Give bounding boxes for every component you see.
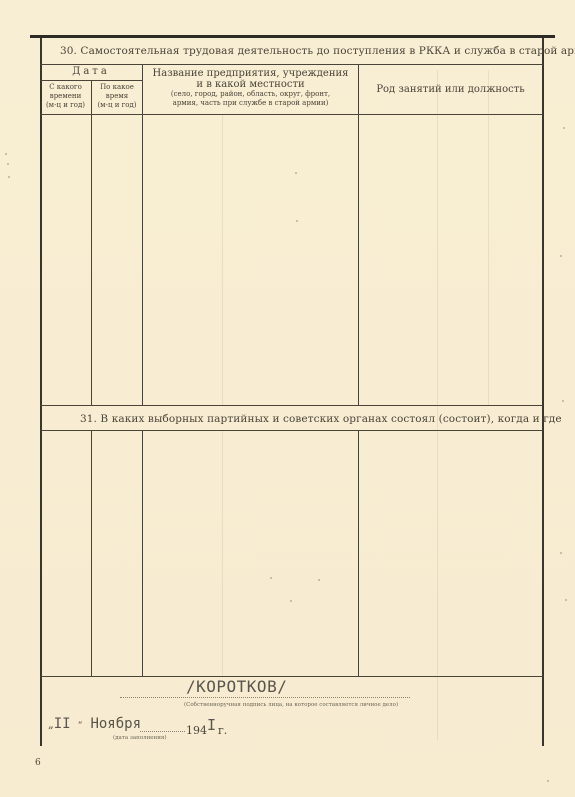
form-right-border (542, 38, 544, 746)
reverse-showthrough-line (437, 70, 438, 740)
paper-mark (560, 255, 562, 257)
page-number: 6 (35, 758, 41, 768)
paper-mark (547, 780, 549, 782)
from-date-header: С какого времени (м-ц и год) (40, 83, 91, 110)
signature-line (120, 697, 410, 698)
paper-mark (7, 163, 9, 165)
section-31-entries-area[interactable] (41, 431, 542, 675)
paper-mark (8, 176, 10, 178)
paper-mark (563, 127, 565, 129)
date-day: II (54, 716, 71, 732)
to-date-header: По какое время (м-ц и год) (92, 83, 142, 110)
paper-mark (560, 552, 562, 554)
section-30-entries-area[interactable] (41, 115, 542, 404)
paper-mark (562, 400, 564, 402)
section-30-title-divider (40, 64, 543, 65)
section-30-title: 30. Самостоятельная трудовая деятельност… (60, 45, 575, 57)
paper-mark (296, 220, 298, 222)
date-year-suffix: I (207, 716, 216, 734)
date-year[interactable]: 194Iг. (186, 720, 227, 738)
date-close-quote: “ (78, 721, 83, 731)
date-group-header: Дата (40, 66, 142, 77)
paper-mark (270, 577, 272, 579)
date-year-prefix: 194 (186, 724, 207, 737)
date-month: Ноября (90, 716, 141, 732)
date-field[interactable]: „II “ Ноября (48, 716, 141, 732)
date-caption: (дата заполнения) (113, 735, 167, 741)
paper-mark (5, 153, 7, 155)
reverse-showthrough-line (222, 115, 223, 405)
position-header: Род занятий или должность (359, 84, 542, 95)
paper-mark (295, 172, 297, 174)
signature-value[interactable]: /КОРОТКОВ/ (186, 677, 287, 696)
paper-mark (290, 600, 292, 602)
organization-header: Название предприятия, учреждения и в как… (143, 68, 358, 108)
top-rule (30, 35, 555, 38)
section-31-title: 31. В каких выборных партийных и советск… (80, 413, 562, 425)
section-31-top-border (40, 405, 543, 406)
paper-mark (565, 599, 567, 601)
paper-mark (318, 579, 320, 581)
section-31-bottom-border (40, 676, 543, 677)
signature-caption: (Собственноручная подпись лица, на котор… (184, 702, 398, 708)
reverse-showthrough-line (488, 70, 489, 405)
date-month-line (140, 731, 185, 732)
reverse-showthrough-line (222, 431, 223, 676)
date-year-unit: г. (218, 724, 227, 737)
